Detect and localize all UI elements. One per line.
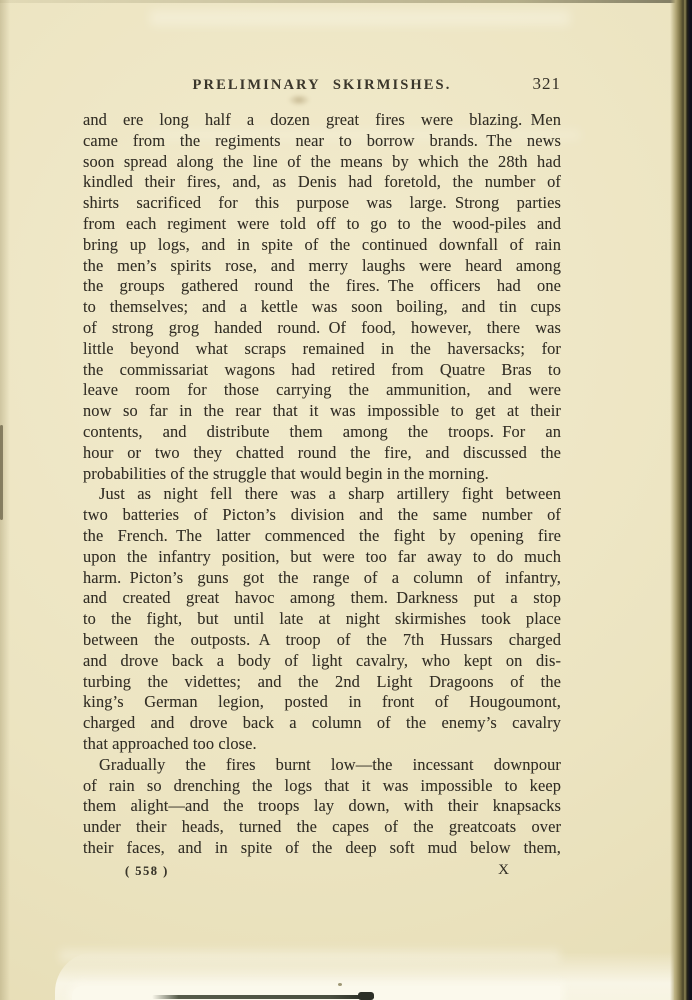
text-line: between the outposts. A troop of the 7th… bbox=[83, 630, 561, 651]
page-number: 321 bbox=[533, 74, 562, 94]
footer-catchword: X bbox=[498, 862, 509, 879]
text-line: leave room for those carrying the ammuni… bbox=[83, 380, 561, 401]
text-line: and created great havoc among them. Dark… bbox=[83, 588, 561, 609]
paper-speck bbox=[338, 983, 342, 986]
text-line: soon spread along the line of the means … bbox=[83, 152, 561, 173]
ink-smudge bbox=[288, 94, 310, 106]
text-line: the French. The latter commenced the fig… bbox=[83, 526, 561, 547]
scanner-smear bbox=[150, 10, 570, 26]
paragraph: Just as night fell there was a sharp art… bbox=[83, 484, 561, 754]
text-line: the groups gathered round the fires. The… bbox=[83, 276, 561, 297]
text-line: shirts sacrificed for this purpose was l… bbox=[83, 193, 561, 214]
text-line: to themselves; and a kettle was soon boi… bbox=[83, 297, 561, 318]
book-page-scan: PRELIMINARY SKIRMISHES. 321 and ere long… bbox=[0, 0, 692, 1000]
text-line: little beyond what scraps remained in th… bbox=[83, 339, 561, 360]
page-header: PRELIMINARY SKIRMISHES. 321 bbox=[83, 77, 561, 97]
running-title: PRELIMINARY SKIRMISHES. bbox=[83, 77, 561, 94]
paragraph: Gradually the fires burnt low—the incess… bbox=[83, 755, 561, 859]
text-line: probabilities of the struggle that would… bbox=[83, 464, 561, 485]
text-line: hour or two they chatted round the fire,… bbox=[83, 443, 561, 464]
text-line: their faces, and in spite of the deep so… bbox=[83, 838, 561, 859]
text-line: harm. Picton’s guns got the range of a c… bbox=[83, 568, 561, 589]
footer-signature: ( 558 ) bbox=[125, 864, 169, 879]
board-edge-end bbox=[358, 992, 374, 1000]
text-line: two batteries of Picton’s division and t… bbox=[83, 505, 561, 526]
text-line: that approached too close. bbox=[83, 734, 561, 755]
text-line: of rain so drenching the logs that it wa… bbox=[83, 776, 561, 797]
text-line: upon the infantry position, but were too… bbox=[83, 547, 561, 568]
text-line: charged and drove back a column of the e… bbox=[83, 713, 561, 734]
page-left-edge-mark bbox=[0, 425, 3, 520]
text-line: of strong grog handed round. Of food, ho… bbox=[83, 318, 561, 339]
text-line: Gradually the fires burnt low—the incess… bbox=[83, 755, 561, 776]
text-line: now so far in the rear that it was impos… bbox=[83, 401, 561, 422]
text-line: and ere long half a dozen great fires we… bbox=[83, 110, 561, 131]
text-line: them alight—and the troops lay down, wit… bbox=[83, 796, 561, 817]
book-right-edge bbox=[670, 0, 692, 1000]
page-top-edge bbox=[0, 0, 692, 3]
board-edge-line bbox=[152, 995, 374, 999]
text-line: and drove back a body of light cavalry, … bbox=[83, 651, 561, 672]
text-line: under their heads, turned the capes of t… bbox=[83, 817, 561, 838]
page-footer: ( 558 ) X bbox=[83, 862, 561, 880]
text-line: contents, and distribute them among the … bbox=[83, 422, 561, 443]
text-line: Just as night fell there was a sharp art… bbox=[83, 484, 561, 505]
text-line: turbing the videttes; and the 2nd Light … bbox=[83, 672, 561, 693]
text-line: king’s German legion, posted in front of… bbox=[83, 692, 561, 713]
page-body: and ere long half a dozen great fires we… bbox=[83, 110, 561, 880]
text-line: bring up logs, and in spite of the conti… bbox=[83, 235, 561, 256]
text-line: to the fight, but until late at night sk… bbox=[83, 609, 561, 630]
text-line: the commissariat wagons had retired from… bbox=[83, 360, 561, 381]
text-line: came from the regiments near to borrow b… bbox=[83, 131, 561, 152]
text-line: kindled their fires, and, as Denis had f… bbox=[83, 172, 561, 193]
text-line: from each regiment were told off to go t… bbox=[83, 214, 561, 235]
paragraph: and ere long half a dozen great fires we… bbox=[83, 110, 561, 484]
text-line: the men’s spirits rose, and merry laughs… bbox=[83, 256, 561, 277]
